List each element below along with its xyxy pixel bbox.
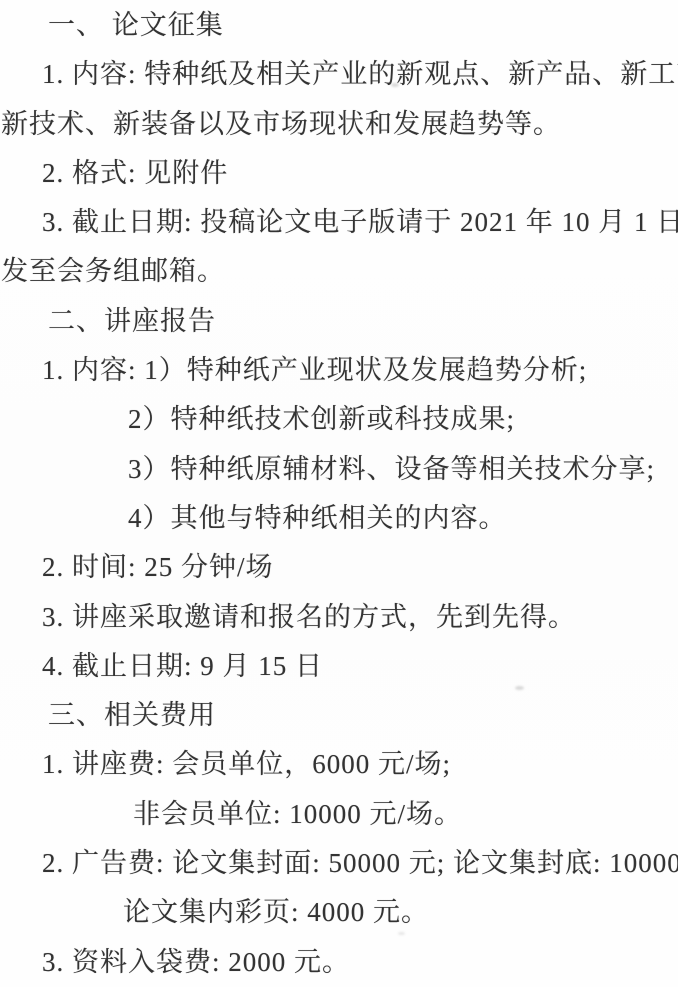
section-2-item-1-sub-2: 2）特种纸技术创新或科技成果; <box>128 395 678 444</box>
document-page: 一、 论文征集 1. 内容: 特种纸及相关产业的新观点、新产品、新工艺、 新技术… <box>0 0 678 987</box>
section-3-item-2-line-2: 论文集内彩页: 4000 元。 <box>123 888 678 937</box>
section-2-heading: 二、讲座报告 <box>48 297 678 346</box>
section-3-item-1-line-1: 1. 讲座费: 会员单位，6000 元/场; <box>42 740 678 789</box>
section-1-item-1-line-1: 1. 内容: 特种纸及相关产业的新观点、新产品、新工艺、 <box>42 50 678 99</box>
section-1-heading: 一、 论文征集 <box>48 1 678 50</box>
scan-speck <box>391 83 399 87</box>
section-2-item-4: 4. 截止日期: 9 月 15 日 <box>42 642 678 691</box>
section-2-item-1: 1. 内容: 1）特种纸产业现状及发展趋势分析; <box>42 346 678 395</box>
scan-speck <box>515 686 524 690</box>
section-2-item-2: 2. 时间: 25 分钟/场 <box>42 543 678 592</box>
section-1-item-3-line-1: 3. 截止日期: 投稿论文电子版请于 2021 年 10 月 1 日前 <box>42 198 678 247</box>
section-2-item-1-sub-4: 4）其他与特种纸相关的内容。 <box>128 494 678 543</box>
section-1-item-3-line-2: 发至会务组邮箱。 <box>1 247 678 296</box>
section-2-item-1-sub-3: 3）特种纸原辅材料、设备等相关技术分享; <box>128 445 678 494</box>
section-3-item-3: 3. 资料入袋费: 2000 元。 <box>42 938 678 987</box>
section-3-item-2-line-1: 2. 广告费: 论文集封面: 50000 元; 论文集封底: 10000 元; <box>42 839 678 888</box>
scan-speck <box>398 932 405 935</box>
section-2-item-3: 3. 讲座采取邀请和报名的方式，先到先得。 <box>42 593 678 642</box>
section-1-item-2: 2. 格式: 见附件 <box>42 149 678 198</box>
section-1-item-1-line-2: 新技术、新装备以及市场现状和发展趋势等。 <box>1 100 678 149</box>
section-3-item-1-line-2: 非会员单位: 10000 元/场。 <box>133 790 678 839</box>
section-3-heading: 三、相关费用 <box>48 691 678 740</box>
